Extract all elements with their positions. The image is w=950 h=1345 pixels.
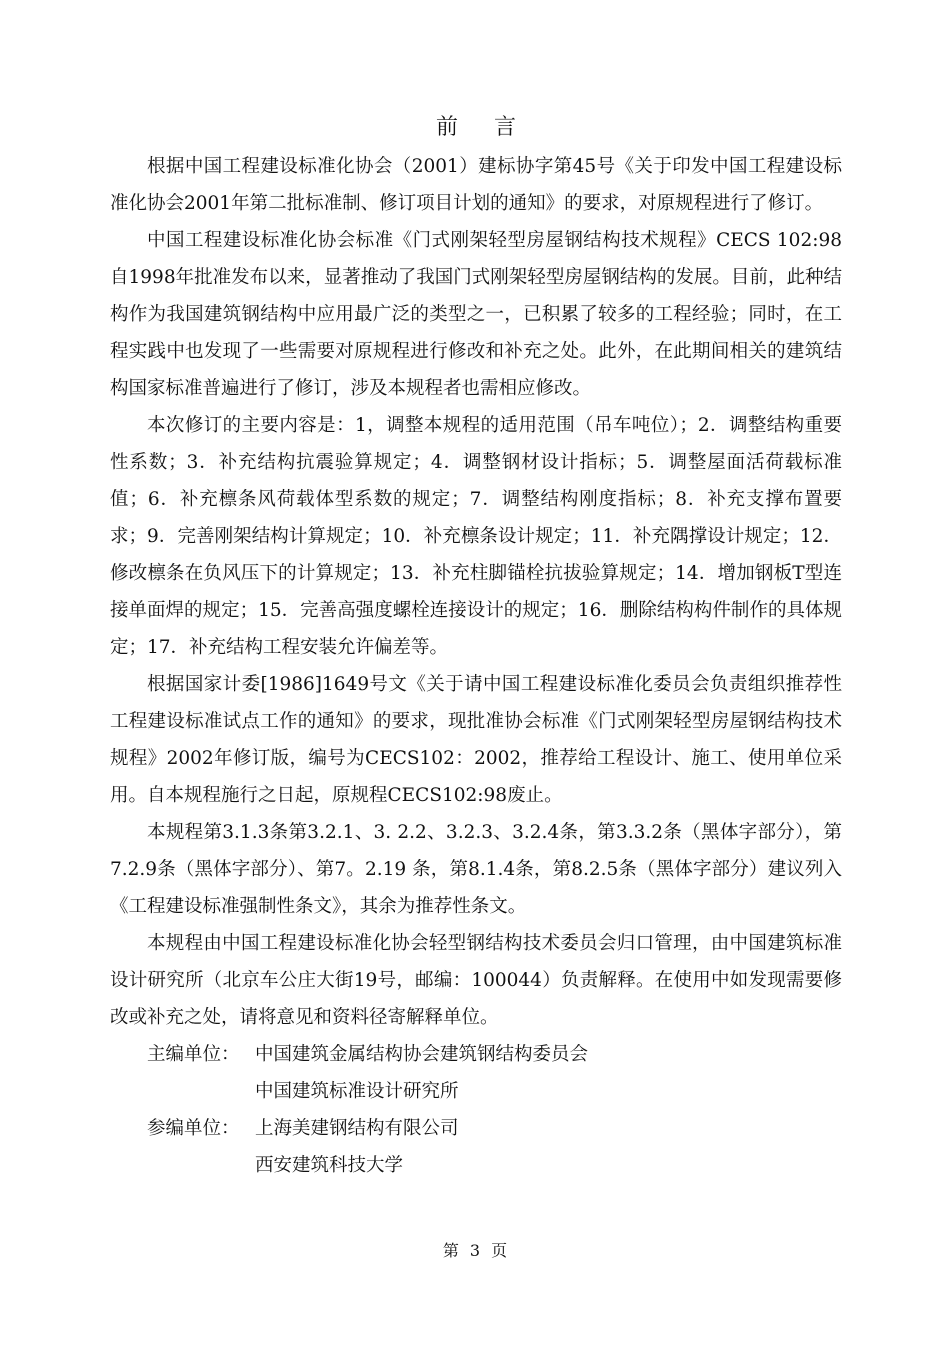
paragraph-administration: 本规程由中国工程建设标准化协会轻型钢结构技术委员会归口管理，由中国建筑标准设计研… xyxy=(110,925,842,1036)
page-number: 第 3 页 xyxy=(0,1238,950,1261)
paragraph-mandatory-clauses: 本规程第3.1.3条第3.2.1、3. 2.2、3.2.3、3.2.4条，第3.… xyxy=(110,814,842,925)
unit-name: 西安建筑科技大学 xyxy=(255,1147,459,1184)
unit-label: 主编单位： xyxy=(110,1036,255,1110)
document-page: 前言 根据中国工程建设标准化协会（2001）建标协字第45号《关于印发中国工程建… xyxy=(110,108,842,1184)
paragraph-background: 中国工程建设标准化协会标准《门式刚架轻型房屋钢结构技术规程》CECS 102:9… xyxy=(110,222,842,407)
paragraph-main-changes: 本次修订的主要内容是：1，调整本规程的适用范围（吊车吨位）；2．调整结构重要性系… xyxy=(110,407,842,666)
unit-name: 中国建筑金属结构协会建筑钢结构委员会 xyxy=(255,1036,588,1073)
paragraph-revision-basis: 根据中国工程建设标准化协会（2001）建标协字第45号《关于印发中国工程建设标准… xyxy=(110,148,842,222)
unit-name: 上海美建钢结构有限公司 xyxy=(255,1110,459,1147)
chief-editor-units: 主编单位： 中国建筑金属结构协会建筑钢结构委员会 中国建筑标准设计研究所 xyxy=(110,1036,842,1110)
units-section: 主编单位： 中国建筑金属结构协会建筑钢结构委员会 中国建筑标准设计研究所 参编单… xyxy=(110,1036,842,1184)
page-title: 前言 xyxy=(146,108,842,148)
unit-name: 中国建筑标准设计研究所 xyxy=(255,1073,588,1110)
participating-units: 参编单位： 上海美建钢结构有限公司 西安建筑科技大学 xyxy=(110,1110,842,1184)
unit-label: 参编单位： xyxy=(110,1110,255,1184)
paragraph-approval: 根据国家计委[1986]1649号文《关于请中国工程建设标准化委员会负责组织推荐… xyxy=(110,666,842,814)
